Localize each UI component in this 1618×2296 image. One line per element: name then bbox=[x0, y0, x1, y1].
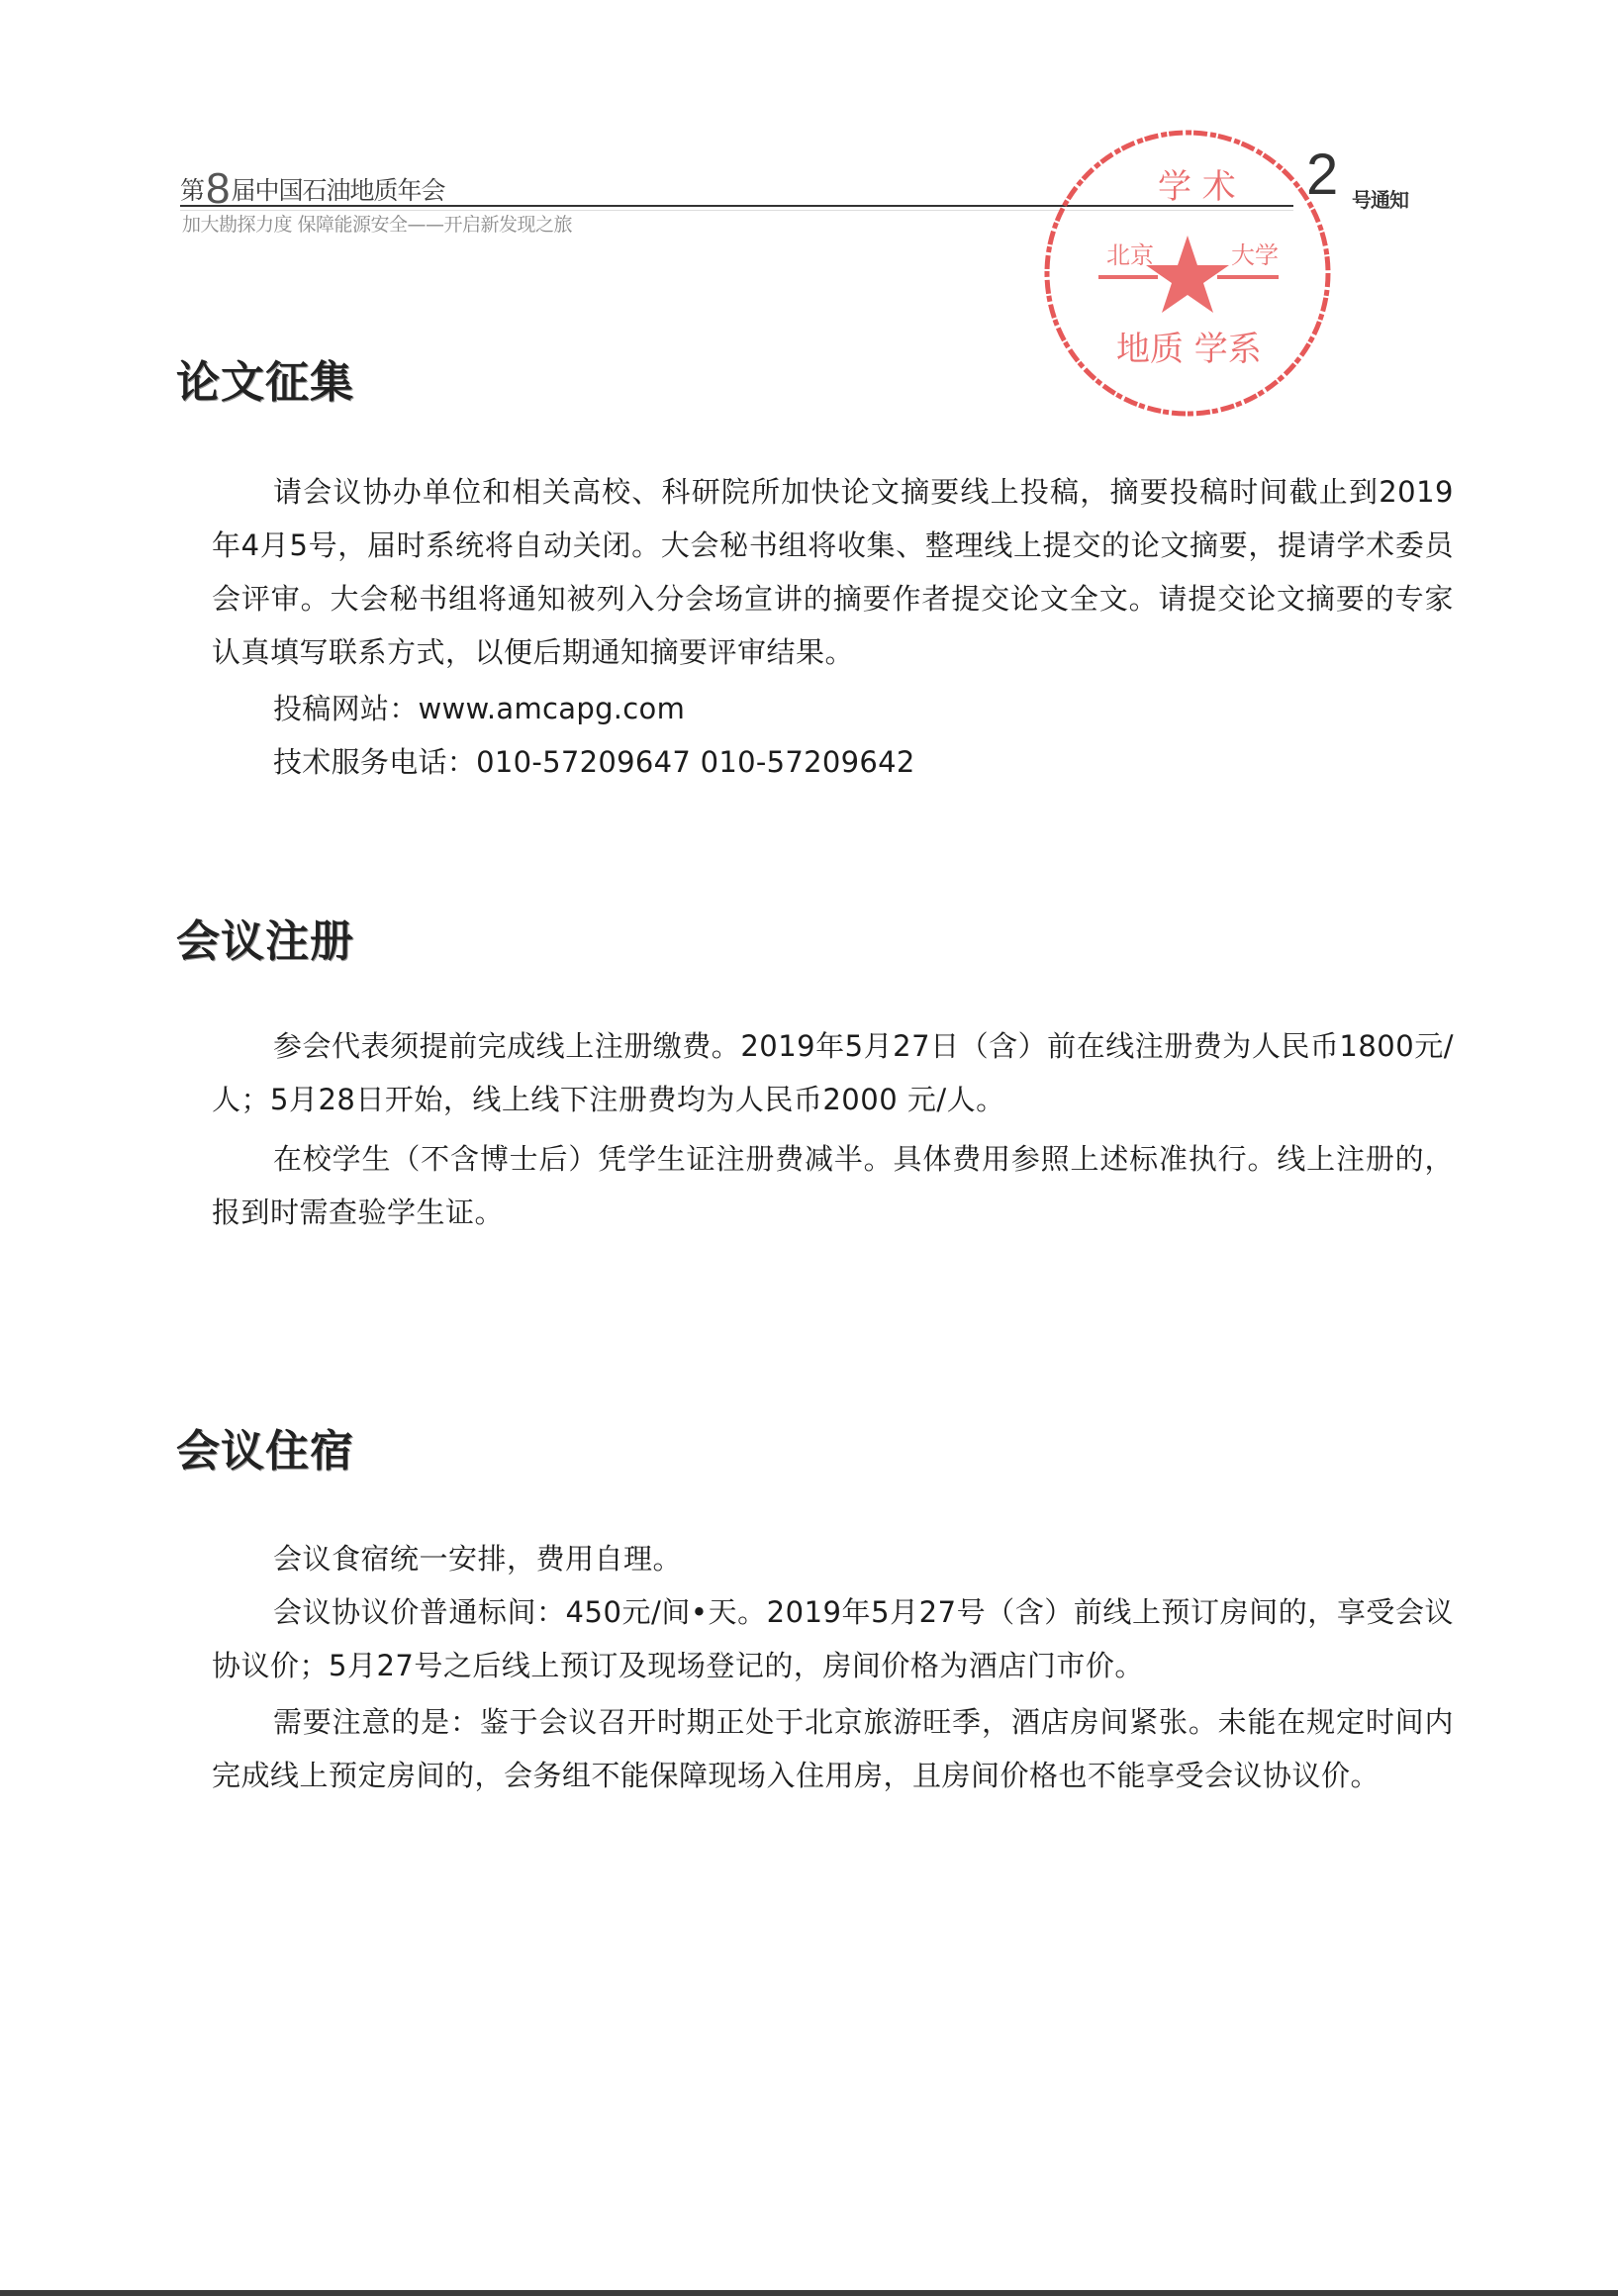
svg-text:大学: 大学 bbox=[1231, 241, 1279, 269]
scan-bottom-edge bbox=[0, 2290, 1618, 2296]
conference-slogan: 加大勘探力度 保障能源安全——开启新发现之旅 bbox=[182, 210, 572, 237]
phone-numbers: 010-57209647 010-57209642 bbox=[476, 745, 915, 779]
registration-fee-paragraph: 参会代表须提前完成线上注册缴费。2019年5月27日（含）前在线注册费为人民币1… bbox=[212, 1019, 1454, 1126]
phone-label: 技术服务电话： bbox=[273, 745, 476, 779]
svg-text:学 术: 学 术 bbox=[1158, 167, 1236, 207]
room-rate-paragraph: 会议协议价普通标间：450元/间•天。2019年5月27号（含）前线上预订房间的… bbox=[212, 1585, 1454, 1692]
seal-icon: 学 术 北京 大学 地质 学系 bbox=[1037, 117, 1339, 429]
conference-name: 届中国石油地质年会 bbox=[232, 176, 445, 205]
accommodation-intro-paragraph: 会议食宿统一安排，费用自理。 bbox=[212, 1532, 1454, 1585]
submission-website-line: 投稿网站：www.amcapg.com bbox=[273, 682, 685, 735]
student-discount-paragraph: 在校学生（不含博士后）凭学生证注册费减半。具体费用参照上述标准执行。线上注册的，… bbox=[212, 1132, 1454, 1239]
section-heading-accommodation: 会议住宿 bbox=[176, 1415, 354, 1479]
booking-notice-paragraph: 需要注意的是：鉴于会议召开时期正处于北京旅游旺季，酒店房间紧张。未能在规定时间内… bbox=[212, 1695, 1454, 1802]
paper-call-paragraph: 请会议协办单位和相关高校、科研院所加快论文摘要线上投稿，摘要投稿时间截止到201… bbox=[212, 465, 1454, 679]
notice-label: 号通知 bbox=[1352, 184, 1408, 213]
section-heading-registration: 会议注册 bbox=[176, 906, 354, 969]
official-seal-stamp: 学 术 北京 大学 地质 学系 bbox=[1037, 117, 1339, 429]
website-link[interactable]: www.amcapg.com bbox=[419, 692, 686, 725]
website-label: 投稿网站： bbox=[273, 692, 419, 725]
svg-text:地质 学系: 地质 学系 bbox=[1116, 330, 1262, 369]
section-heading-paper-call: 论文征集 bbox=[176, 346, 354, 410]
svg-text:北京: 北京 bbox=[1106, 241, 1154, 269]
tech-service-phone-line: 技术服务电话：010-57209647 010-57209642 bbox=[273, 735, 915, 789]
title-prefix: 第 bbox=[180, 176, 204, 205]
